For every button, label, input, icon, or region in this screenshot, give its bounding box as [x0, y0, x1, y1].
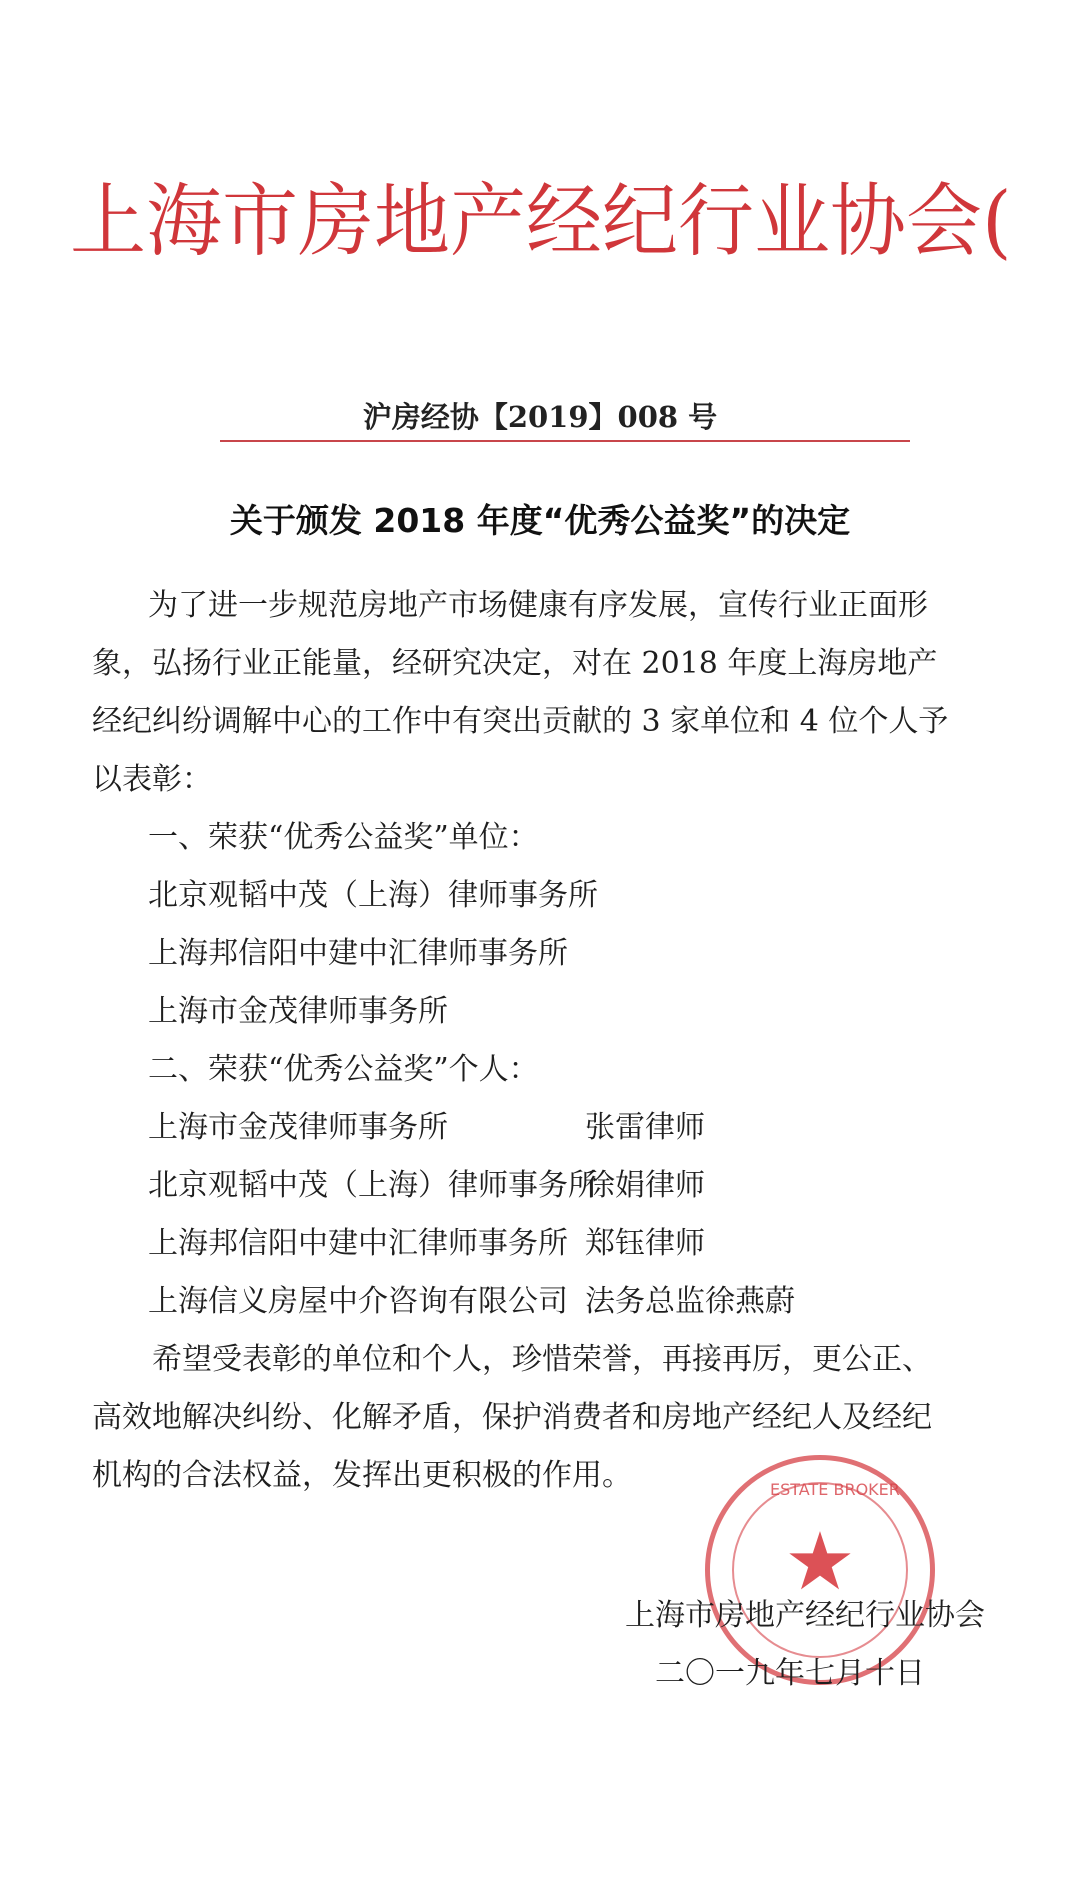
- intro-line: 为了进一步规范房地产市场健康有序发展，宣传行业正面形: [148, 580, 928, 624]
- signature-date: 二〇一九年七月十日: [655, 1648, 925, 1692]
- closing-line: 高效地解决纠纷、化解矛盾，保护消费者和房地产经纪人及经纪: [92, 1392, 932, 1436]
- intro-line: 经纪纠纷调解中心的工作中有突出贡献的 3 家单位和 4 位个人予: [92, 696, 948, 740]
- red-divider: [220, 440, 910, 442]
- individual-org: 上海信义房屋中介咨询有限公司: [148, 1276, 568, 1320]
- section-heading: 一、荣获“优秀公益奖”单位：: [148, 812, 539, 856]
- closing-line: 希望受表彰的单位和个人，珍惜荣誉，再接再厉，更公正、: [152, 1334, 932, 1378]
- closing-line: 机构的合法权益，发挥出更积极的作用。: [92, 1450, 632, 1494]
- signature-org: 上海市房地产经纪行业协会: [625, 1590, 985, 1634]
- individual-org: 北京观韬中茂（上海）律师事务所: [148, 1160, 598, 1204]
- document-title: 关于颁发 2018 年度“优秀公益奖”的决定: [0, 495, 1080, 542]
- unit-item: 上海邦信阳中建中汇律师事务所: [148, 928, 568, 972]
- individual-name: 徐娟律师: [585, 1160, 705, 1204]
- document-number: 沪房经协【2019】008 号: [0, 395, 1080, 436]
- individual-name: 法务总监徐燕蔚: [585, 1276, 795, 1320]
- individual-org: 上海市金茂律师事务所: [148, 1102, 448, 1146]
- individual-name: 张雷律师: [585, 1102, 705, 1146]
- section-heading: 二、荣获“优秀公益奖”个人：: [148, 1044, 539, 1088]
- individual-org: 上海邦信阳中建中汇律师事务所: [148, 1218, 568, 1262]
- letterhead: 上海市房地产经纪行业协会( ): [70, 157, 1080, 271]
- individual-name: 郑钰律师: [585, 1218, 705, 1262]
- unit-item: 上海市金茂律师事务所: [148, 986, 448, 1030]
- intro-line: 象，弘扬行业正能量，经研究决定，对在 2018 年度上海房地产: [92, 638, 937, 682]
- intro-line: 以表彰：: [92, 754, 212, 798]
- seal-outer-text: ESTATE BROKER: [770, 1480, 900, 1499]
- unit-item: 北京观韬中茂（上海）律师事务所: [148, 870, 598, 914]
